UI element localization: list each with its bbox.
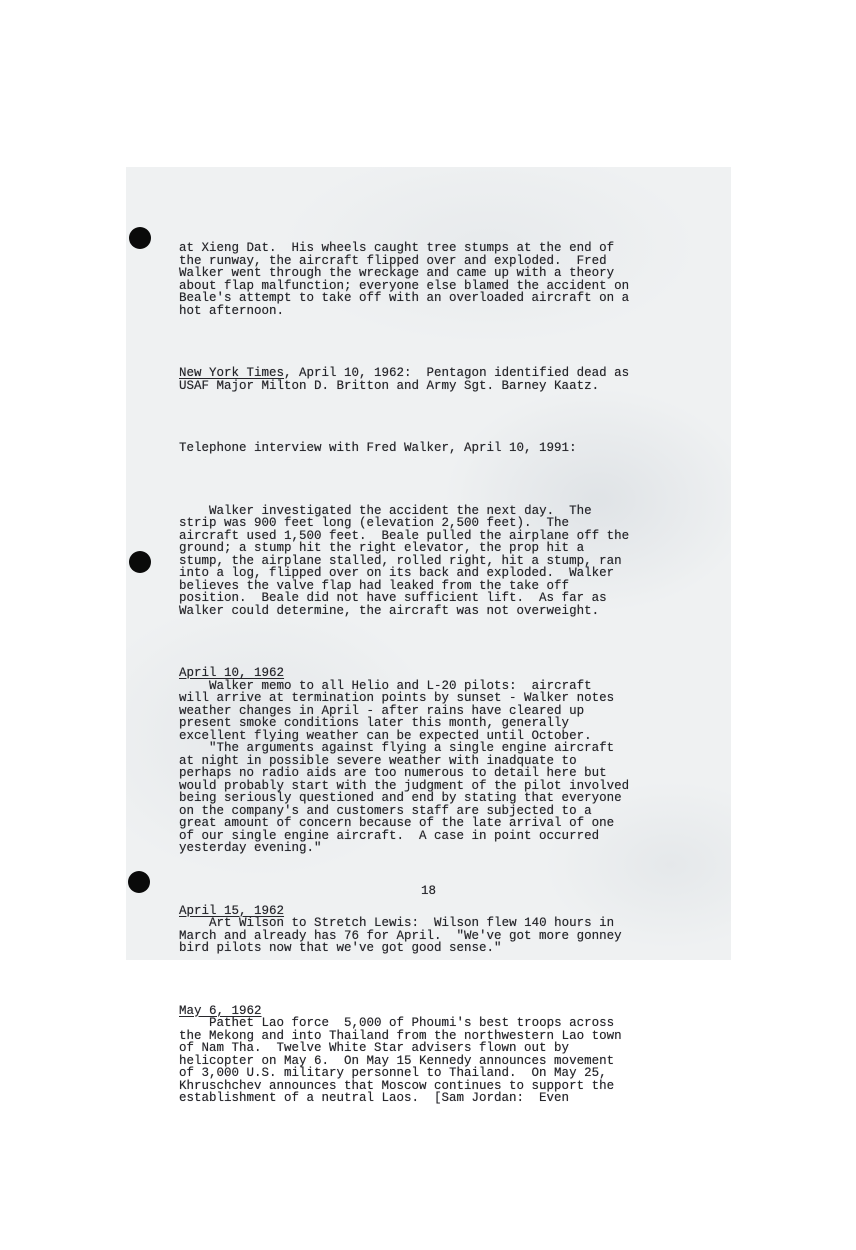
paragraph-crash-aftermath: at Xieng Dat. His wheels caught tree stu… [179,242,657,317]
section-april-15-body: Art Wilson to Stretch Lewis: Wilson flew… [179,917,657,955]
section-may-6-body: Pathet Lao force 5,000 of Phoumi's best … [179,1017,657,1105]
paragraph-nyt-citation: New York Times, April 10, 1962: Pentagon… [179,367,657,392]
typewritten-text-column: at Xieng Dat. His wheels caught tree stu… [179,217,657,1130]
section-april-10-body: Walker memo to all Helio and L-20 pilots… [179,680,657,855]
section-may-6: May 6, 1962 Pathet Lao force 5,000 of Ph… [179,1005,657,1105]
heading-april-10: April 10, 1962 [179,667,657,680]
paragraph-telephone-interview: Telephone interview with Fred Walker, Ap… [179,442,657,455]
hole-punch-middle [129,551,151,573]
page-number: 18 [126,885,731,898]
scan-background: { "colors": { "background": "#ffffff", "… [0,0,856,1250]
paragraph-walker-investigation: Walker investigated the accident the nex… [179,505,657,618]
section-april-10: April 10, 1962 Walker memo to all Helio … [179,667,657,855]
hole-punch-top [129,227,151,249]
document-page: at Xieng Dat. His wheels caught tree stu… [126,167,731,960]
section-april-15: April 15, 1962 Art Wilson to Stretch Lew… [179,905,657,955]
